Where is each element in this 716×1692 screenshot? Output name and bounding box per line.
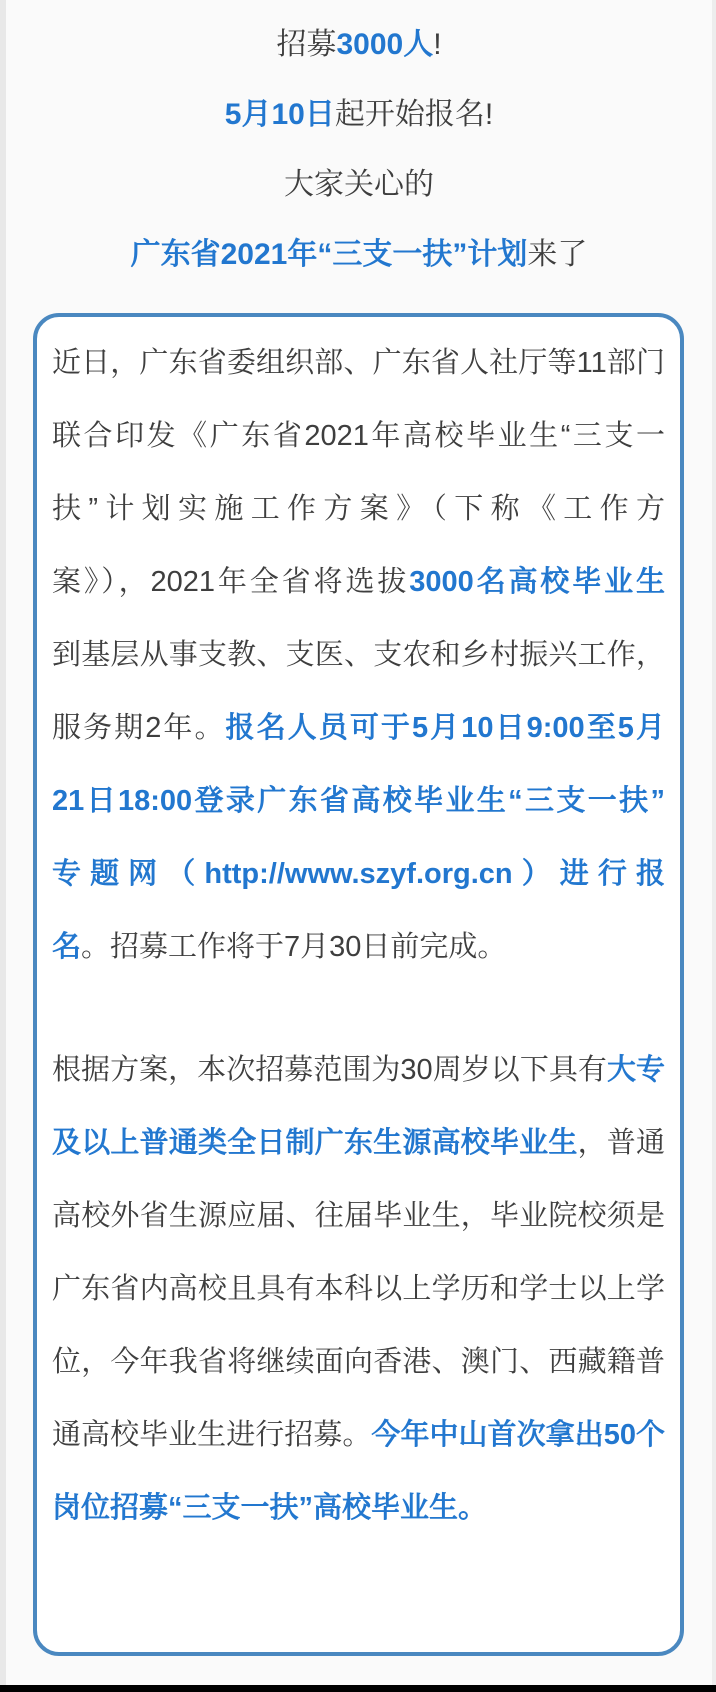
- article-line: 扶”计划实施工作方案》（下称《工作方: [52, 473, 665, 546]
- article-line: 案》），2021年全省将选拔3000名高校毕业生: [52, 546, 665, 619]
- article-line: 近日，广东省委组织部、广东省人社厅等11部门: [52, 327, 665, 400]
- text-segment: 到基层从事支教、支医、支农和乡村振兴工作，: [52, 639, 665, 671]
- headline-section: 招募3000人!5月10日起开始报名!大家关心的广东省2021年“三支一扶”计划…: [6, 10, 712, 290]
- right-edge-strip: [712, 0, 716, 1692]
- article-line: 到基层从事支教、支医、支农和乡村振兴工作，: [52, 619, 665, 692]
- text-segment: 。招募工作将于7月30日前完成。: [81, 931, 506, 963]
- highlighted-text-segment: 21日18:00登录广东省高校毕业生“三支一扶”: [52, 785, 665, 817]
- article-line: 通高校毕业生进行招募。今年中山首次拿出50个: [52, 1399, 665, 1472]
- text-segment: 扶”计划实施工作方案》（下称《工作方: [52, 493, 665, 525]
- article-line: 高校外省生源应届、往届毕业生，毕业院校须是: [52, 1180, 665, 1253]
- text-segment: 起开始报名!: [335, 98, 493, 131]
- highlighted-text-segment: 名: [52, 931, 81, 963]
- text-segment: 联合印发《广东省2021年高校毕业生“三支一: [52, 420, 665, 452]
- article-line: 及以上普通类全日制广东生源高校毕业生，普通: [52, 1107, 665, 1180]
- article-line: 专题网（http://www.szyf.org.cn）进行报: [52, 838, 665, 911]
- text-segment: 位，今年我省将继续面向香港、澳门、西藏籍普: [52, 1346, 665, 1378]
- article-line: 岗位招募“三支一扶”高校毕业生。: [52, 1472, 665, 1545]
- highlighted-text-segment: 及以上普通类全日制广东生源高校毕业生: [52, 1127, 578, 1159]
- highlighted-text-segment: 岗位招募“三支一扶”高校毕业生。: [52, 1492, 487, 1524]
- highlighted-text-segment: 今年中山首次拿出50个: [371, 1419, 665, 1451]
- article-line: 广东省内高校且具有本科以上学历和学士以上学: [52, 1253, 665, 1326]
- headline-line: 招募3000人!: [6, 10, 712, 80]
- text-segment: 案》），2021年全省将选拔: [52, 566, 409, 598]
- highlighted-text-segment: 5月10日: [225, 98, 335, 131]
- highlighted-text-segment: 报名人员可于5月10日9:00至5月: [226, 712, 665, 744]
- text-segment: 服务期2年。: [52, 712, 226, 744]
- text-segment: ，普通: [578, 1127, 665, 1159]
- article-paragraph: 根据方案，本次招募范围为30周岁以下具有大专及以上普通类全日制广东生源高校毕业生…: [52, 1034, 665, 1545]
- article-paragraph: 近日，广东省委组织部、广东省人社厅等11部门联合印发《广东省2021年高校毕业生…: [52, 327, 665, 984]
- bottom-black-bar: [0, 1685, 716, 1692]
- article-line: 联合印发《广东省2021年高校毕业生“三支一: [52, 400, 665, 473]
- text-segment: 近日，广东省委组织部、广东省人社厅等11部门: [52, 347, 665, 379]
- article-line: 21日18:00登录广东省高校毕业生“三支一扶”: [52, 765, 665, 838]
- text-segment: 招募: [276, 28, 336, 61]
- highlighted-text-segment: 专题网（http://www.szyf.org.cn）进行报: [52, 858, 665, 890]
- headline-line: 广东省2021年“三支一扶”计划来了: [6, 220, 712, 290]
- text-segment: 高校外省生源应届、往届毕业生，毕业院校须是: [52, 1200, 665, 1232]
- headline-line: 大家关心的: [6, 150, 712, 220]
- text-segment: 根据方案，本次招募范围为30周岁以下具有: [52, 1054, 607, 1086]
- highlighted-text-segment: 广东省2021年“三支一扶”计划: [131, 238, 528, 271]
- article-line: 根据方案，本次招募范围为30周岁以下具有大专: [52, 1034, 665, 1107]
- highlighted-text-segment: 3000名高校毕业生: [409, 566, 665, 598]
- text-segment: 大家关心的: [284, 168, 434, 201]
- article-line: 服务期2年。报名人员可于5月10日9:00至5月: [52, 692, 665, 765]
- headline-line: 5月10日起开始报名!: [6, 80, 712, 150]
- text-segment: 来了: [527, 238, 587, 271]
- text-segment: !: [433, 28, 441, 61]
- text-segment: 广东省内高校且具有本科以上学历和学士以上学: [52, 1273, 665, 1305]
- text-segment: 通高校毕业生进行招募。: [52, 1419, 371, 1451]
- highlighted-text-segment: 大专: [607, 1054, 665, 1086]
- article-line: 位，今年我省将继续面向香港、澳门、西藏籍普: [52, 1326, 665, 1399]
- article-content: 近日，广东省委组织部、广东省人社厅等11部门联合印发《广东省2021年高校毕业生…: [52, 327, 665, 1545]
- highlighted-text-segment: 3000人: [336, 28, 433, 61]
- article-card: 近日，广东省委组织部、广东省人社厅等11部门联合印发《广东省2021年高校毕业生…: [33, 313, 684, 1656]
- article-line: 名。招募工作将于7月30日前完成。: [52, 911, 665, 984]
